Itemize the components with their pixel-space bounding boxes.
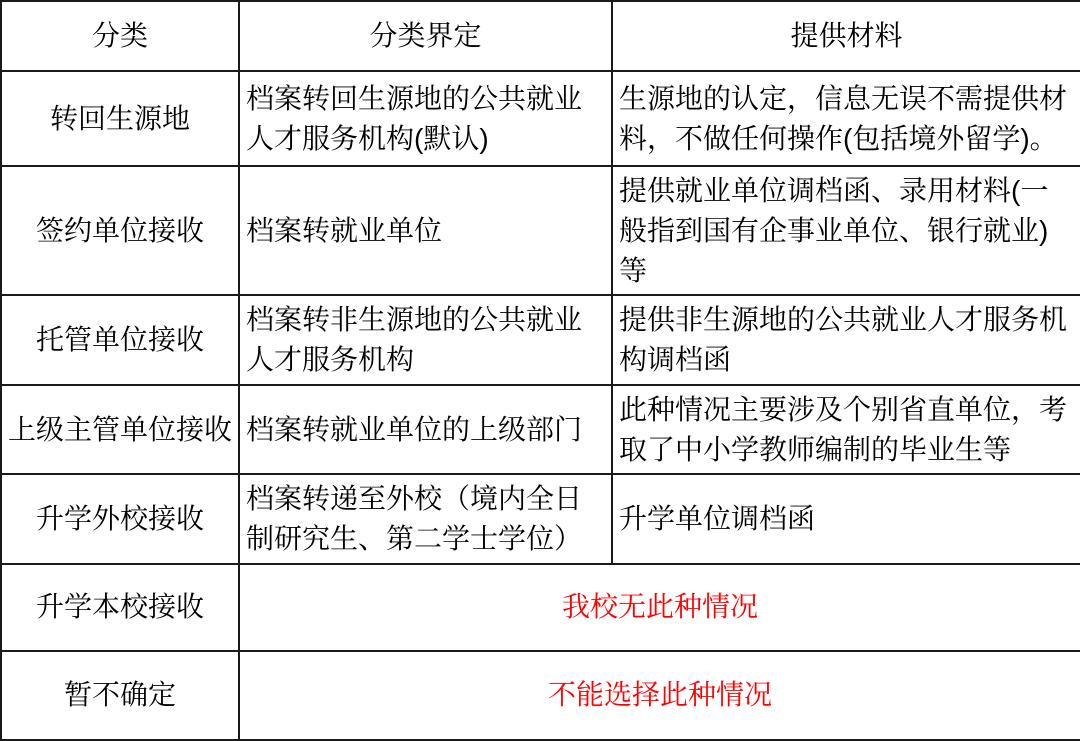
row-definition: 档案转回生源地的公共就业人才服务机构(默认) [239,71,612,166]
row-definition: 档案转就业单位 [239,166,612,295]
row-category: 签约单位接收 [1,166,239,295]
table-row: 暂不确定 不能选择此种情况 [1,651,1080,740]
table-row: 升学外校接收 档案转递至外校（境内全日制研究生、第二学士学位） 升学单位调档函 [1,474,1080,564]
row-category: 升学本校接收 [1,564,239,651]
row-materials: 提供非生源地的公共就业人才服务机构调档函 [612,295,1080,385]
row-category: 托管单位接收 [1,295,239,385]
row-definition: 档案转递至外校（境内全日制研究生、第二学士学位） [239,474,612,564]
row-definition: 档案转就业单位的上级部门 [239,385,612,475]
header-row: 分类 分类界定 提供材料 [1,1,1080,71]
header-category: 分类 [1,1,239,71]
table-row: 签约单位接收 档案转就业单位 提供就业单位调档函、录用材料(一般指到国有企事业单… [1,166,1080,295]
row-category: 升学外校接收 [1,474,239,564]
header-definition: 分类界定 [239,1,612,71]
row-materials: 升学单位调档函 [612,474,1080,564]
row-materials: 此种情况主要涉及个别省直单位，考取了中小学教师编制的毕业生等 [612,385,1080,475]
table-row: 升学本校接收 我校无此种情况 [1,564,1080,651]
header-materials: 提供材料 [612,1,1080,71]
archive-transfer-table: 分类 分类界定 提供材料 转回生源地 档案转回生源地的公共就业人才服务机构(默认… [0,0,1080,741]
table-row: 托管单位接收 档案转非生源地的公共就业人才服务机构 提供非生源地的公共就业人才服… [1,295,1080,385]
row-definition: 档案转非生源地的公共就业人才服务机构 [239,295,612,385]
row-merged-note: 不能选择此种情况 [239,651,1080,740]
row-category: 暂不确定 [1,651,239,740]
row-category: 转回生源地 [1,71,239,166]
row-materials: 提供就业单位调档函、录用材料(一般指到国有企事业单位、银行就业)等 [612,166,1080,295]
row-materials: 生源地的认定，信息无误不需提供材料，不做任何操作(包括境外留学)。 [612,71,1080,166]
table-row: 上级主管单位接收 档案转就业单位的上级部门 此种情况主要涉及个别省直单位，考取了… [1,385,1080,475]
row-merged-note: 我校无此种情况 [239,564,1080,651]
row-category: 上级主管单位接收 [1,385,239,475]
table-row: 转回生源地 档案转回生源地的公共就业人才服务机构(默认) 生源地的认定，信息无误… [1,71,1080,166]
